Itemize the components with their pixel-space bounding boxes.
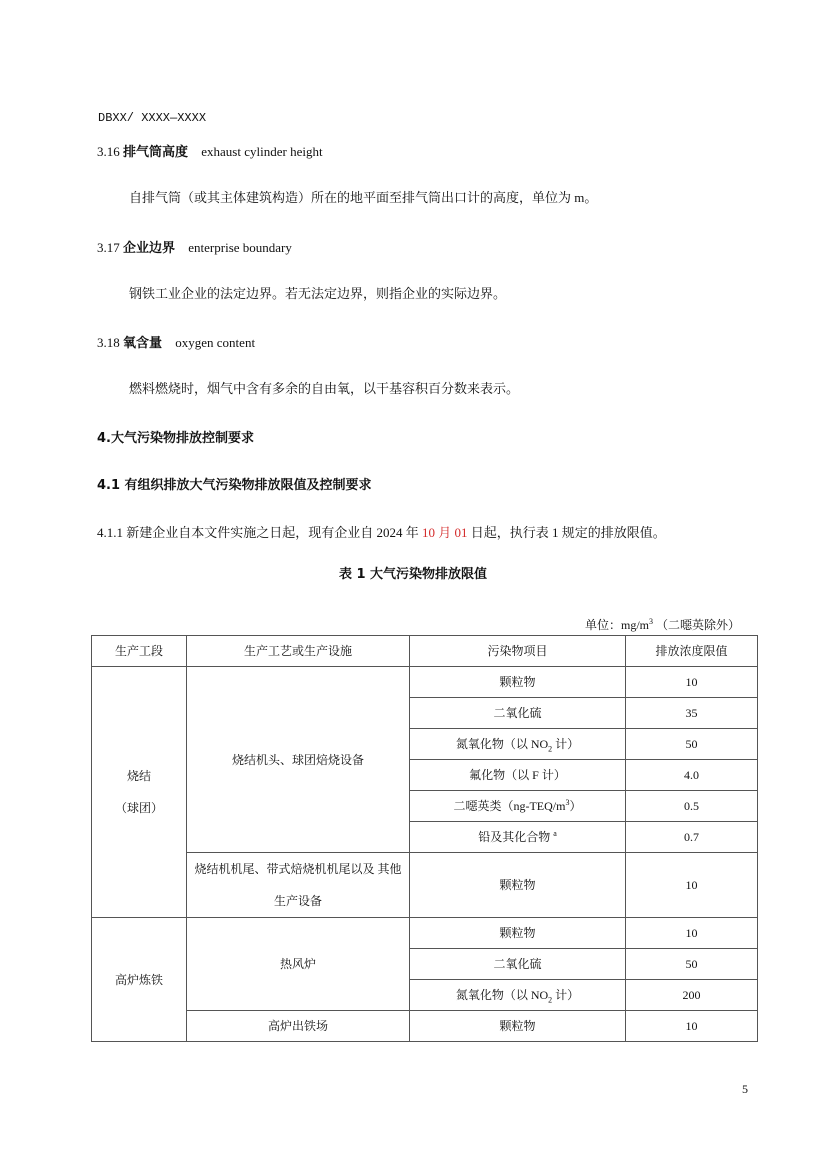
term-en: enterprise boundary: [188, 240, 292, 255]
emission-limits-table: 生产工段 生产工艺或生产设施 污染物项目 排放浓度限值 烧结 （球团） 烧结机头…: [91, 635, 758, 1042]
limit-cell: 35: [626, 698, 758, 729]
pollutant-cell: 颗粒物: [410, 853, 626, 918]
table-row: 高炉炼铁 热风炉 颗粒物 10: [92, 918, 758, 949]
term-number: 3.17: [97, 240, 120, 255]
facility-cell: 烧结机机尾、带式焙烧机机尾以及 其他生产设备: [187, 853, 410, 918]
term-3-18: 3.18 氧含量 oxygen content: [97, 332, 255, 351]
stage-cell: 高炉炼铁: [92, 918, 187, 1042]
pollutant-cell: 二氧化硫: [410, 949, 626, 980]
limit-cell: 10: [626, 853, 758, 918]
stage-line: （球团）: [96, 798, 182, 818]
pollutant-text: 铅及其化合物: [478, 830, 553, 844]
facility-cell: 高炉出铁场: [187, 1011, 410, 1042]
definition-3-18: 燃料燃烧时，烟气中含有多余的自由氧，以干基容积百分数来表示。: [129, 378, 519, 397]
term-zh: 排气筒高度: [123, 145, 188, 160]
pollutant-cell: 二氧化硫: [410, 698, 626, 729]
definition-3-16: 自排气筒（或其主体建筑构造）所在的地平面至排气筒出口计的高度，单位为 m。: [129, 187, 597, 206]
term-number: 3.18: [97, 335, 120, 350]
highlighted-date: 10 月 01: [422, 525, 468, 540]
page-number: 5: [742, 1082, 748, 1097]
limit-cell: 0.5: [626, 791, 758, 822]
term-en: oxygen content: [175, 335, 255, 350]
table-unit: 单位：mg/m3 （二噁英除外）: [585, 616, 740, 633]
header-cell: 生产工艺或生产设施: [187, 636, 410, 667]
table-row: 烧结机机尾、带式焙烧机机尾以及 其他生产设备 颗粒物 10: [92, 853, 758, 918]
limit-cell: 50: [626, 729, 758, 760]
pollutant-cell: 颗粒物: [410, 918, 626, 949]
document-code: DBXX/ XXXX—XXXX: [98, 111, 206, 125]
term-zh: 企业边界: [123, 241, 175, 256]
stage-line: 烧结: [96, 766, 182, 786]
pollutant-cell: 铅及其化合物 a: [410, 822, 626, 853]
term-zh: 氧含量: [123, 336, 162, 351]
pollutant-cell: 氟化物（以 F 计）: [410, 760, 626, 791]
limit-cell: 10: [626, 1011, 758, 1042]
header-cell: 污染物项目: [410, 636, 626, 667]
pollutant-cell: 二噁英类（ng-TEQ/m3）: [410, 791, 626, 822]
facility-cell: 热风炉: [187, 918, 410, 1011]
footnote-marker: a: [553, 829, 557, 838]
term-number: 3.16: [97, 144, 120, 159]
pollutant-cell: 氮氧化物（以 NO2 计）: [410, 729, 626, 760]
unit-text: 单位：mg/m: [585, 618, 649, 632]
limit-cell: 10: [626, 918, 758, 949]
clause-text: 日起，执行表 1 规定的排放限值。: [468, 525, 666, 540]
limit-cell: 200: [626, 980, 758, 1011]
limit-cell: 10: [626, 667, 758, 698]
pollutant-cell: 氮氧化物（以 NO2 计）: [410, 980, 626, 1011]
pollutant-text: ）: [569, 799, 581, 813]
pollutant-text: 氮氧化物（以 NO: [456, 737, 548, 751]
pollutant-text: 二噁英类（ng-TEQ/m: [453, 799, 565, 813]
pollutant-cell: 颗粒物: [410, 1011, 626, 1042]
table-header-row: 生产工段 生产工艺或生产设施 污染物项目 排放浓度限值: [92, 636, 758, 667]
definition-3-17: 钢铁工业企业的法定边界。若无法定边界，则指企业的实际边界。: [129, 283, 506, 302]
pollutant-text: 计）: [552, 737, 579, 751]
clause-4-1-1: 4.1.1 新建企业自本文件实施之日起，现有企业自 2024 年 10 月 01…: [97, 522, 666, 541]
table-row: 烧结 （球团） 烧结机头、球团焙烧设备 颗粒物 10: [92, 667, 758, 698]
facility-cell: 烧结机头、球团焙烧设备: [187, 667, 410, 853]
limit-cell: 0.7: [626, 822, 758, 853]
header-cell: 生产工段: [92, 636, 187, 667]
heading-section-4: 4.大气污染物排放控制要求: [97, 427, 254, 446]
stage-cell: 烧结 （球团）: [92, 667, 187, 918]
unit-note: （二噁英除外）: [653, 618, 740, 632]
table-caption: 表 1 大气污染物排放限值: [0, 563, 826, 582]
term-en: exhaust cylinder height: [201, 144, 322, 159]
heading-section-4-1: 4.1 有组织排放大气污染物排放限值及控制要求: [97, 474, 372, 493]
pollutant-cell: 颗粒物: [410, 667, 626, 698]
header-cell: 排放浓度限值: [626, 636, 758, 667]
term-3-17: 3.17 企业边界 enterprise boundary: [97, 237, 292, 256]
pollutant-text: 氮氧化物（以 NO: [456, 988, 548, 1002]
limit-cell: 50: [626, 949, 758, 980]
clause-text: 4.1.1 新建企业自本文件实施之日起，现有企业自 2024 年: [97, 525, 422, 540]
term-3-16: 3.16 排气筒高度 exhaust cylinder height: [97, 141, 323, 160]
pollutant-text: 计）: [552, 988, 579, 1002]
limit-cell: 4.0: [626, 760, 758, 791]
table-row: 高炉出铁场 颗粒物 10: [92, 1011, 758, 1042]
